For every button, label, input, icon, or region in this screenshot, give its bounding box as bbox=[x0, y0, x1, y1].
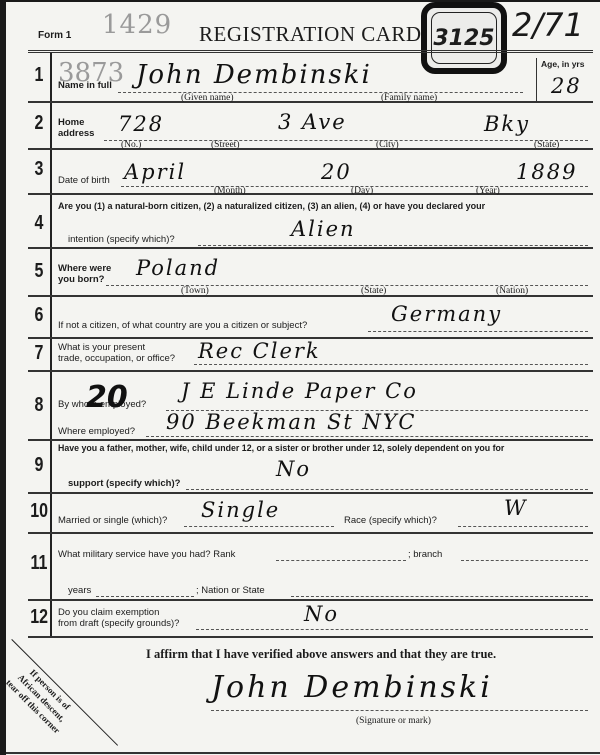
row-divider bbox=[28, 532, 593, 534]
signature: John Dembinski bbox=[211, 670, 493, 705]
marital-label: Married or single (which)? bbox=[58, 515, 167, 526]
row-number-1: 1 bbox=[30, 64, 48, 87]
work-location-line bbox=[146, 436, 588, 437]
rank-line bbox=[276, 560, 406, 561]
race-value: W bbox=[504, 496, 528, 520]
dob-year: 1889 bbox=[516, 160, 577, 184]
row-divider bbox=[28, 193, 593, 195]
row-divider bbox=[28, 492, 593, 494]
age-label: Age, in yrs bbox=[541, 59, 584, 69]
nation-line bbox=[291, 596, 588, 597]
caption-day: (Day) bbox=[351, 186, 373, 196]
row-divider bbox=[28, 148, 593, 150]
citizenship-value: Alien bbox=[291, 217, 356, 241]
military-label: What military service have you had? Rank bbox=[58, 549, 235, 560]
caption-no: (No.) bbox=[121, 140, 141, 150]
row-number-11: 11 bbox=[30, 552, 48, 575]
years-line bbox=[96, 596, 194, 597]
name-label: Name in full bbox=[58, 80, 112, 91]
row-number-10: 10 bbox=[30, 500, 48, 523]
row-divider bbox=[28, 439, 593, 441]
exemption-line bbox=[196, 629, 588, 630]
dependents-value: No bbox=[276, 457, 311, 481]
signature-caption: (Signature or mark) bbox=[356, 716, 431, 726]
address-state: Bky bbox=[484, 112, 530, 136]
dependents-question: Have you a father, mother, wife, child u… bbox=[58, 443, 504, 453]
work-location-value: 90 Beekman St NYC bbox=[166, 410, 416, 434]
signature-line bbox=[211, 710, 588, 711]
number-column-divider bbox=[50, 52, 52, 638]
country-label: If not a citizen, of what country are yo… bbox=[58, 320, 307, 331]
caption-year: (Year) bbox=[476, 186, 500, 196]
years-label: years bbox=[68, 585, 91, 596]
dependents-line bbox=[186, 489, 588, 490]
exemption-value: No bbox=[304, 602, 339, 626]
marital-line bbox=[184, 526, 334, 527]
row-number-6: 6 bbox=[30, 304, 48, 327]
caption-city: (City) bbox=[376, 140, 399, 150]
branch-line bbox=[461, 560, 588, 561]
marital-value: Single bbox=[201, 498, 280, 522]
address-number: 728 bbox=[118, 112, 164, 136]
caption-month: (Month) bbox=[214, 186, 246, 196]
row-divider bbox=[28, 599, 593, 601]
handwritten-serial: 2/71 bbox=[512, 6, 584, 44]
work-location-label: Where employed? bbox=[58, 426, 135, 437]
caption-nation: (Nation) bbox=[496, 286, 528, 296]
row-number-4: 4 bbox=[30, 212, 48, 235]
stamped-number: 1429 bbox=[102, 10, 172, 40]
serial-box: 3125 bbox=[421, 2, 507, 74]
address-line bbox=[104, 140, 588, 141]
nation-label: ; Nation or State bbox=[196, 585, 265, 596]
registration-card: Form 1 1429 REGISTRATION CARD 3125 2/71 … bbox=[6, 2, 600, 755]
occupation-value: Rec Clerk bbox=[198, 339, 321, 363]
exemption-label-2: from draft (specify grounds)? bbox=[58, 618, 179, 629]
citizenship-question: Are you (1) a natural-born citizen, (2) … bbox=[58, 201, 485, 211]
caption-given-name: (Given name) bbox=[181, 93, 234, 103]
dependents-label: support (specify which)? bbox=[68, 478, 180, 489]
row-number-12: 12 bbox=[30, 606, 48, 629]
caption-family-name: (Family name) bbox=[381, 93, 437, 103]
country-line bbox=[368, 331, 588, 332]
row-number-5: 5 bbox=[30, 260, 48, 283]
branch-label: ; branch bbox=[408, 549, 442, 560]
form-label: Form 1 bbox=[38, 30, 71, 41]
affirmation-text: I affirm that I have verified above answ… bbox=[146, 647, 496, 662]
occupation-label-1: What is your present bbox=[58, 342, 145, 353]
row-divider bbox=[28, 101, 593, 103]
citizenship-label: intention (specify which)? bbox=[68, 234, 175, 245]
employer-stamp-overlay: 20 bbox=[86, 380, 128, 415]
card-bottom-border bbox=[6, 752, 600, 754]
serial-box-number: 3125 bbox=[431, 12, 497, 64]
dob-day: 20 bbox=[321, 160, 352, 184]
employer-value: J E Linde Paper Co bbox=[181, 379, 418, 403]
card-title: REGISTRATION CARD bbox=[199, 22, 422, 47]
home-label-1: Home bbox=[58, 117, 84, 128]
caption-state: (State) bbox=[534, 140, 559, 150]
row-divider bbox=[28, 636, 593, 638]
occupation-line bbox=[194, 364, 588, 365]
row-divider bbox=[28, 247, 593, 249]
age-value: 28 bbox=[551, 74, 582, 98]
caption-state: (State) bbox=[361, 286, 386, 296]
name-line bbox=[118, 92, 523, 93]
dob-month: April bbox=[124, 160, 186, 184]
birthplace-label-1: Where were bbox=[58, 263, 111, 274]
dob-label: Date of birth bbox=[58, 175, 110, 186]
birthplace-label-2: you born? bbox=[58, 274, 104, 285]
row-number-9: 9 bbox=[30, 454, 48, 477]
row-divider bbox=[28, 50, 593, 53]
age-divider bbox=[536, 58, 537, 102]
row-divider bbox=[28, 370, 593, 372]
country-value: Germany bbox=[391, 302, 502, 326]
address-street: 3 Ave bbox=[278, 110, 347, 134]
home-label-2: address bbox=[58, 128, 94, 139]
race-line bbox=[458, 526, 588, 527]
name-value: John Dembinski bbox=[136, 60, 372, 90]
race-label: Race (specify which)? bbox=[344, 515, 437, 526]
caption-street: (Street) bbox=[211, 140, 240, 150]
occupation-label-2: trade, occupation, or office? bbox=[58, 353, 175, 364]
row-number-2: 2 bbox=[30, 112, 48, 135]
row-number-7: 7 bbox=[30, 342, 48, 365]
caption-town: (Town) bbox=[181, 286, 209, 296]
exemption-label-1: Do you claim exemption bbox=[58, 607, 159, 618]
citizenship-line bbox=[198, 245, 588, 246]
birthplace-town: Poland bbox=[136, 256, 220, 280]
row-number-8: 8 bbox=[30, 394, 48, 417]
row-number-3: 3 bbox=[30, 158, 48, 181]
